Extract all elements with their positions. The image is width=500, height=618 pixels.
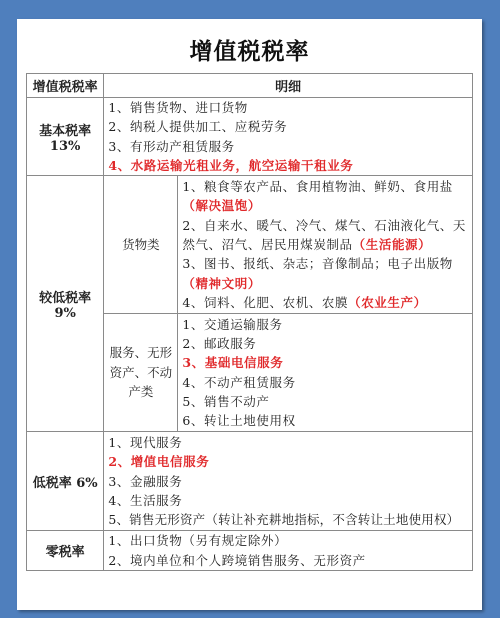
table-row-basic: 基本税率 13% 1、销售货物、进口货物 2、纳税人提供加工、应税劳务 3、有形… xyxy=(27,98,473,176)
list-item: 4、饲料、化肥、农机、农膜 xyxy=(182,295,348,310)
list-item: 1、粮食等农产品、食用植物油、鲜奶、食用盐 xyxy=(182,177,466,196)
list-item: 4、生活服务 xyxy=(108,491,466,510)
table-row-lower-goods: 较低税率 9% 货物类 1、粮食等农产品、食用植物油、鲜奶、食用盐 （解决温饱）… xyxy=(27,176,473,314)
header-detail: 明细 xyxy=(104,74,473,98)
category-services: 服务、无形资产、不动产类 xyxy=(104,314,178,432)
list-item: 6、转让土地使用权 xyxy=(182,411,466,430)
header-rate: 增值税税率 xyxy=(27,74,104,98)
list-item-highlight: 4、水路运输光租业务，航空运输干租业务 xyxy=(108,156,466,175)
list-item: 1、出口货物（另有规定除外） xyxy=(108,531,466,550)
table-row-zero: 零税率 1、出口货物（另有规定除外） 2、境内单位和个人跨境销售服务、无形资产 xyxy=(27,531,473,571)
list-item: 2、邮政服务 xyxy=(182,334,466,353)
detail-zero: 1、出口货物（另有规定除外） 2、境内单位和个人跨境销售服务、无形资产 xyxy=(104,531,473,571)
list-item-highlight: 2、增值电信服务 xyxy=(108,452,466,471)
category-note: （生活能源） xyxy=(353,237,432,252)
list-item: 然气、沼气、居民用煤炭制品 xyxy=(182,237,352,252)
detail-basic: 1、销售货物、进口货物 2、纳税人提供加工、应税劳务 3、有形动产租赁服务 4、… xyxy=(104,98,473,176)
category-note: （解决温饱） xyxy=(182,196,466,215)
list-item: 1、交通运输服务 xyxy=(182,315,466,334)
list-item: 2、境内单位和个人跨境销售服务、无形资产 xyxy=(108,551,466,570)
list-item: 3、有形动产租赁服务 xyxy=(108,137,466,156)
rate-lower: 较低税率 9% xyxy=(27,176,104,432)
list-item: 3、金融服务 xyxy=(108,472,466,491)
category-note: （精神文明） xyxy=(182,274,466,293)
list-item: 1、现代服务 xyxy=(108,433,466,452)
list-item: 4、不动产租赁服务 xyxy=(182,373,466,392)
category-note: （农业生产） xyxy=(348,295,427,310)
table-row-low: 低税率 6% 1、现代服务 2、增值电信服务 3、金融服务 4、生活服务 5、销… xyxy=(27,432,473,531)
category-goods: 货物类 xyxy=(104,176,178,314)
list-item: 3、图书、报纸、杂志；音像制品；电子出版物 xyxy=(182,254,466,273)
list-item: 2、纳税人提供加工、应税劳务 xyxy=(108,117,466,136)
page-title: 增值税税率 xyxy=(17,33,482,66)
list-item: 5、销售无形资产（转让补充耕地指标，不含转让土地使用权） xyxy=(108,510,466,529)
list-item-highlight: 3、基础电信服务 xyxy=(182,353,466,372)
document-card: 增值税税率 增值税税率 明细 基本税率 13% 1、销售货物、进口货物 2、纳税… xyxy=(17,19,482,610)
rate-low: 低税率 6% xyxy=(27,432,104,531)
rate-basic: 基本税率 13% xyxy=(27,98,104,176)
table-header-row: 增值税税率 明细 xyxy=(27,74,473,98)
list-item: 5、销售不动产 xyxy=(182,392,466,411)
detail-low: 1、现代服务 2、增值电信服务 3、金融服务 4、生活服务 5、销售无形资产（转… xyxy=(104,432,473,531)
rate-zero: 零税率 xyxy=(27,531,104,571)
detail-services: 1、交通运输服务 2、邮政服务 3、基础电信服务 4、不动产租赁服务 5、销售不… xyxy=(178,314,473,432)
detail-goods: 1、粮食等农产品、食用植物油、鲜奶、食用盐 （解决温饱） 2、自来水、暖气、冷气… xyxy=(178,176,473,314)
list-item: 1、销售货物、进口货物 xyxy=(108,98,466,117)
list-item: 2、自来水、暖气、冷气、煤气、石油液化气、天 xyxy=(182,216,466,235)
vat-rate-table: 增值税税率 明细 基本税率 13% 1、销售货物、进口货物 2、纳税人提供加工、… xyxy=(26,73,473,571)
